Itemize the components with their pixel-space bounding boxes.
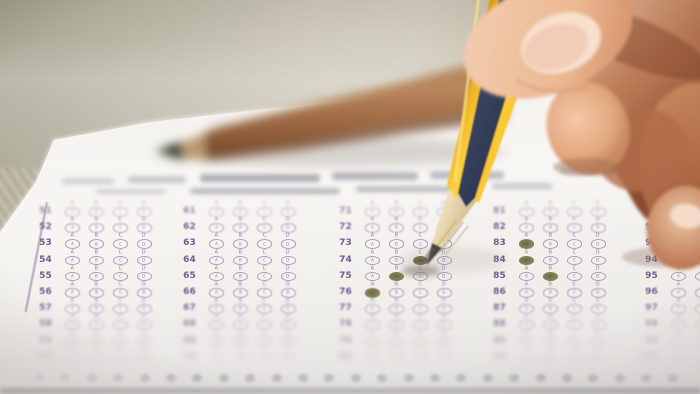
vignette [0, 0, 700, 394]
photo-scene: 51AABBCCDD52AABBCCDD53AABBCCDD54AABBCCDD… [0, 0, 700, 394]
